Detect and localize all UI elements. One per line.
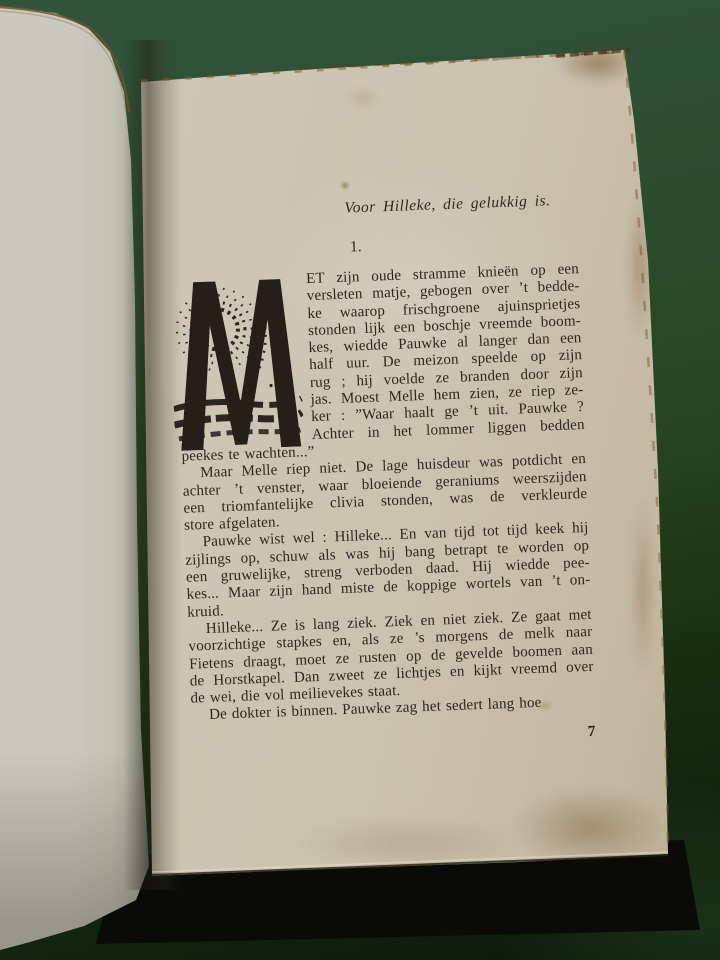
stain [346, 88, 380, 108]
book-photo: Voor Hilleke, die gelukkig is. 1. [0, 0, 720, 960]
body-text: M ET zijn oude stramme knieën op een ver… [175, 261, 595, 725]
chapter-number: 1. [350, 238, 362, 256]
paragraph-4: Hilleke... Ze is lang ziek. Ziek en niet… [188, 607, 595, 708]
drop-cap-letter: M [175, 276, 176, 277]
stain [556, 42, 640, 84]
paragraph-1: M ET zijn oude stramme knieën op een ver… [175, 261, 586, 466]
woodcut-initial-sun-landscape-icon [169, 274, 304, 451]
stain [290, 816, 520, 870]
stain [630, 500, 656, 680]
paragraph-3: Pauwke wist wel : Hilleke... En van tijd… [184, 520, 591, 621]
page-number: 7 [192, 723, 596, 756]
initial-letter-M [175, 279, 301, 451]
page-content: Voor Hilleke, die gelukkig is. 1. [172, 181, 598, 795]
dedication: Voor Hilleke, die gelukkig is. [344, 192, 551, 218]
page-gutter [124, 40, 182, 890]
stain [626, 190, 654, 340]
